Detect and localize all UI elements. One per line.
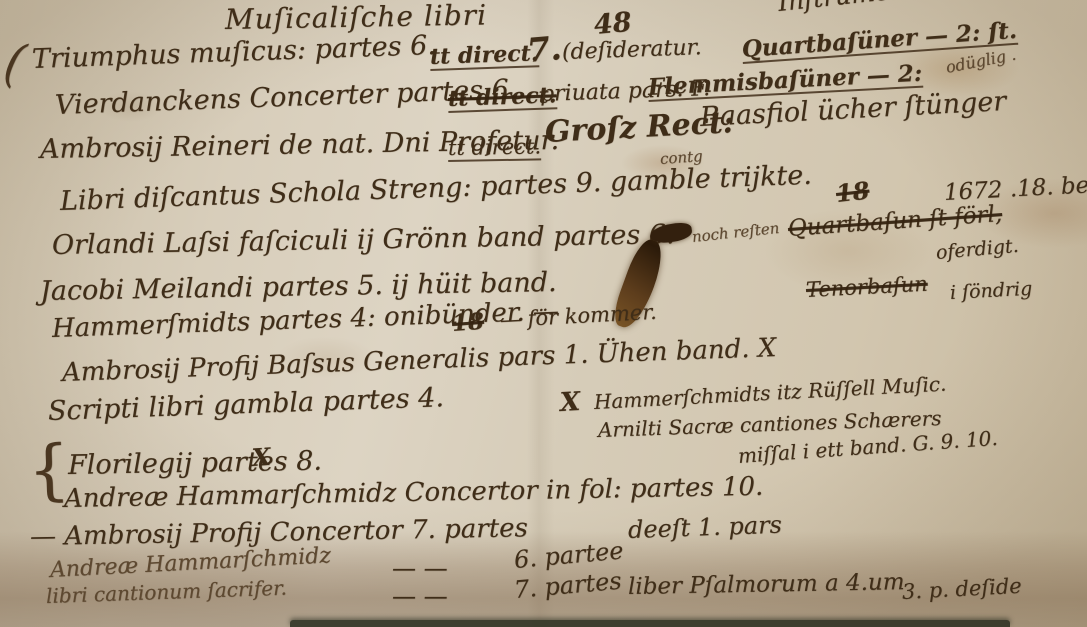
entry-profii-bassus-generalis: Ambrosij Profij Baſsus Generalis pars 1.… — [62, 335, 777, 386]
desideratur-note: (deſideratur. — [562, 37, 702, 64]
entry-hammerschmidt-fol: Andreæ Hammarſchmidz Concertor in fol: p… — [64, 474, 764, 512]
side-note-hammerschmidt-musik: Hammerſchmidts itz Rüſſell Muſic. — [593, 374, 946, 412]
instrument-note-quartbasun-crossed: Quartbaſun ſt förl, — [787, 203, 1003, 241]
entry-orlandi-lassi: Orlandi Laſsi faſciculi ij Grönn band pa… — [52, 221, 675, 259]
entry-profii-concertor: — Ambrosij Profij Concertor 7. partes — [30, 515, 528, 550]
noch-resten-note: noch reſten — [691, 221, 780, 245]
instrument-note-oferdigt: oferdigt. — [935, 237, 1019, 263]
entry-hammerschmidt-forkommer: — för kommer. — [499, 302, 657, 331]
entry-liber-psalmorum: liber Pſalmorum a 4.um — [628, 571, 905, 599]
entry-libri-discantus: Libri diſcantus Schola Streng: partes 9.… — [60, 162, 813, 215]
partes-count-7: 7. partes — [513, 569, 623, 602]
instrument-note-oduglig: odüglig . — [944, 47, 1017, 76]
top-number-note: 48 — [593, 9, 633, 39]
ditto-dashes-7: — — — [392, 584, 448, 608]
manuscript-page: Muſicaliſche libri Inſtrumenta 48 ( Triu… — [0, 0, 1087, 627]
ditto-dashes-6: — — — [392, 556, 448, 580]
entry-scripti-x-mark: X — [559, 389, 581, 416]
entry-libri-cantionum: libri cantionum ſacrifer. — [46, 578, 287, 606]
page-title: Muſicaliſche libri — [225, 1, 487, 34]
crossed-number-mark: 18 — [835, 179, 871, 206]
entry-hammerschmidt-struck-number: 18 — [451, 310, 485, 335]
entry-florilegii: Florilegij partes 8. — [68, 448, 322, 479]
entry-triumphus-musicus: Triumphus muſicus: partes 6. — [32, 32, 437, 73]
direct-mark-1: tt direct. — [430, 42, 539, 71]
deest-pars-note: deeſt 1. pars — [628, 513, 783, 542]
year-note-1672: 1672 .18. beſees — [943, 172, 1087, 205]
flourish-paren: ( — [0, 36, 29, 91]
direct-mark-3: tt direct. — [448, 136, 541, 162]
entry-scripti-libri: Scripti libri gambla partes 4. — [48, 384, 445, 425]
entry-florilegii-x-mark: X — [251, 445, 271, 470]
psalm-deside-note: 3. p. deſide — [901, 576, 1022, 603]
instrumenta-heading: Inſtrumenta — [777, 0, 932, 15]
bottom-edge-shadow — [290, 620, 1010, 627]
instrument-note-tenorbasun-crossed: Tenorbaſun — [805, 274, 928, 301]
desideratur-number: 7. — [526, 31, 563, 67]
instrument-note-sondrig: i ſöndrig — [950, 280, 1033, 303]
